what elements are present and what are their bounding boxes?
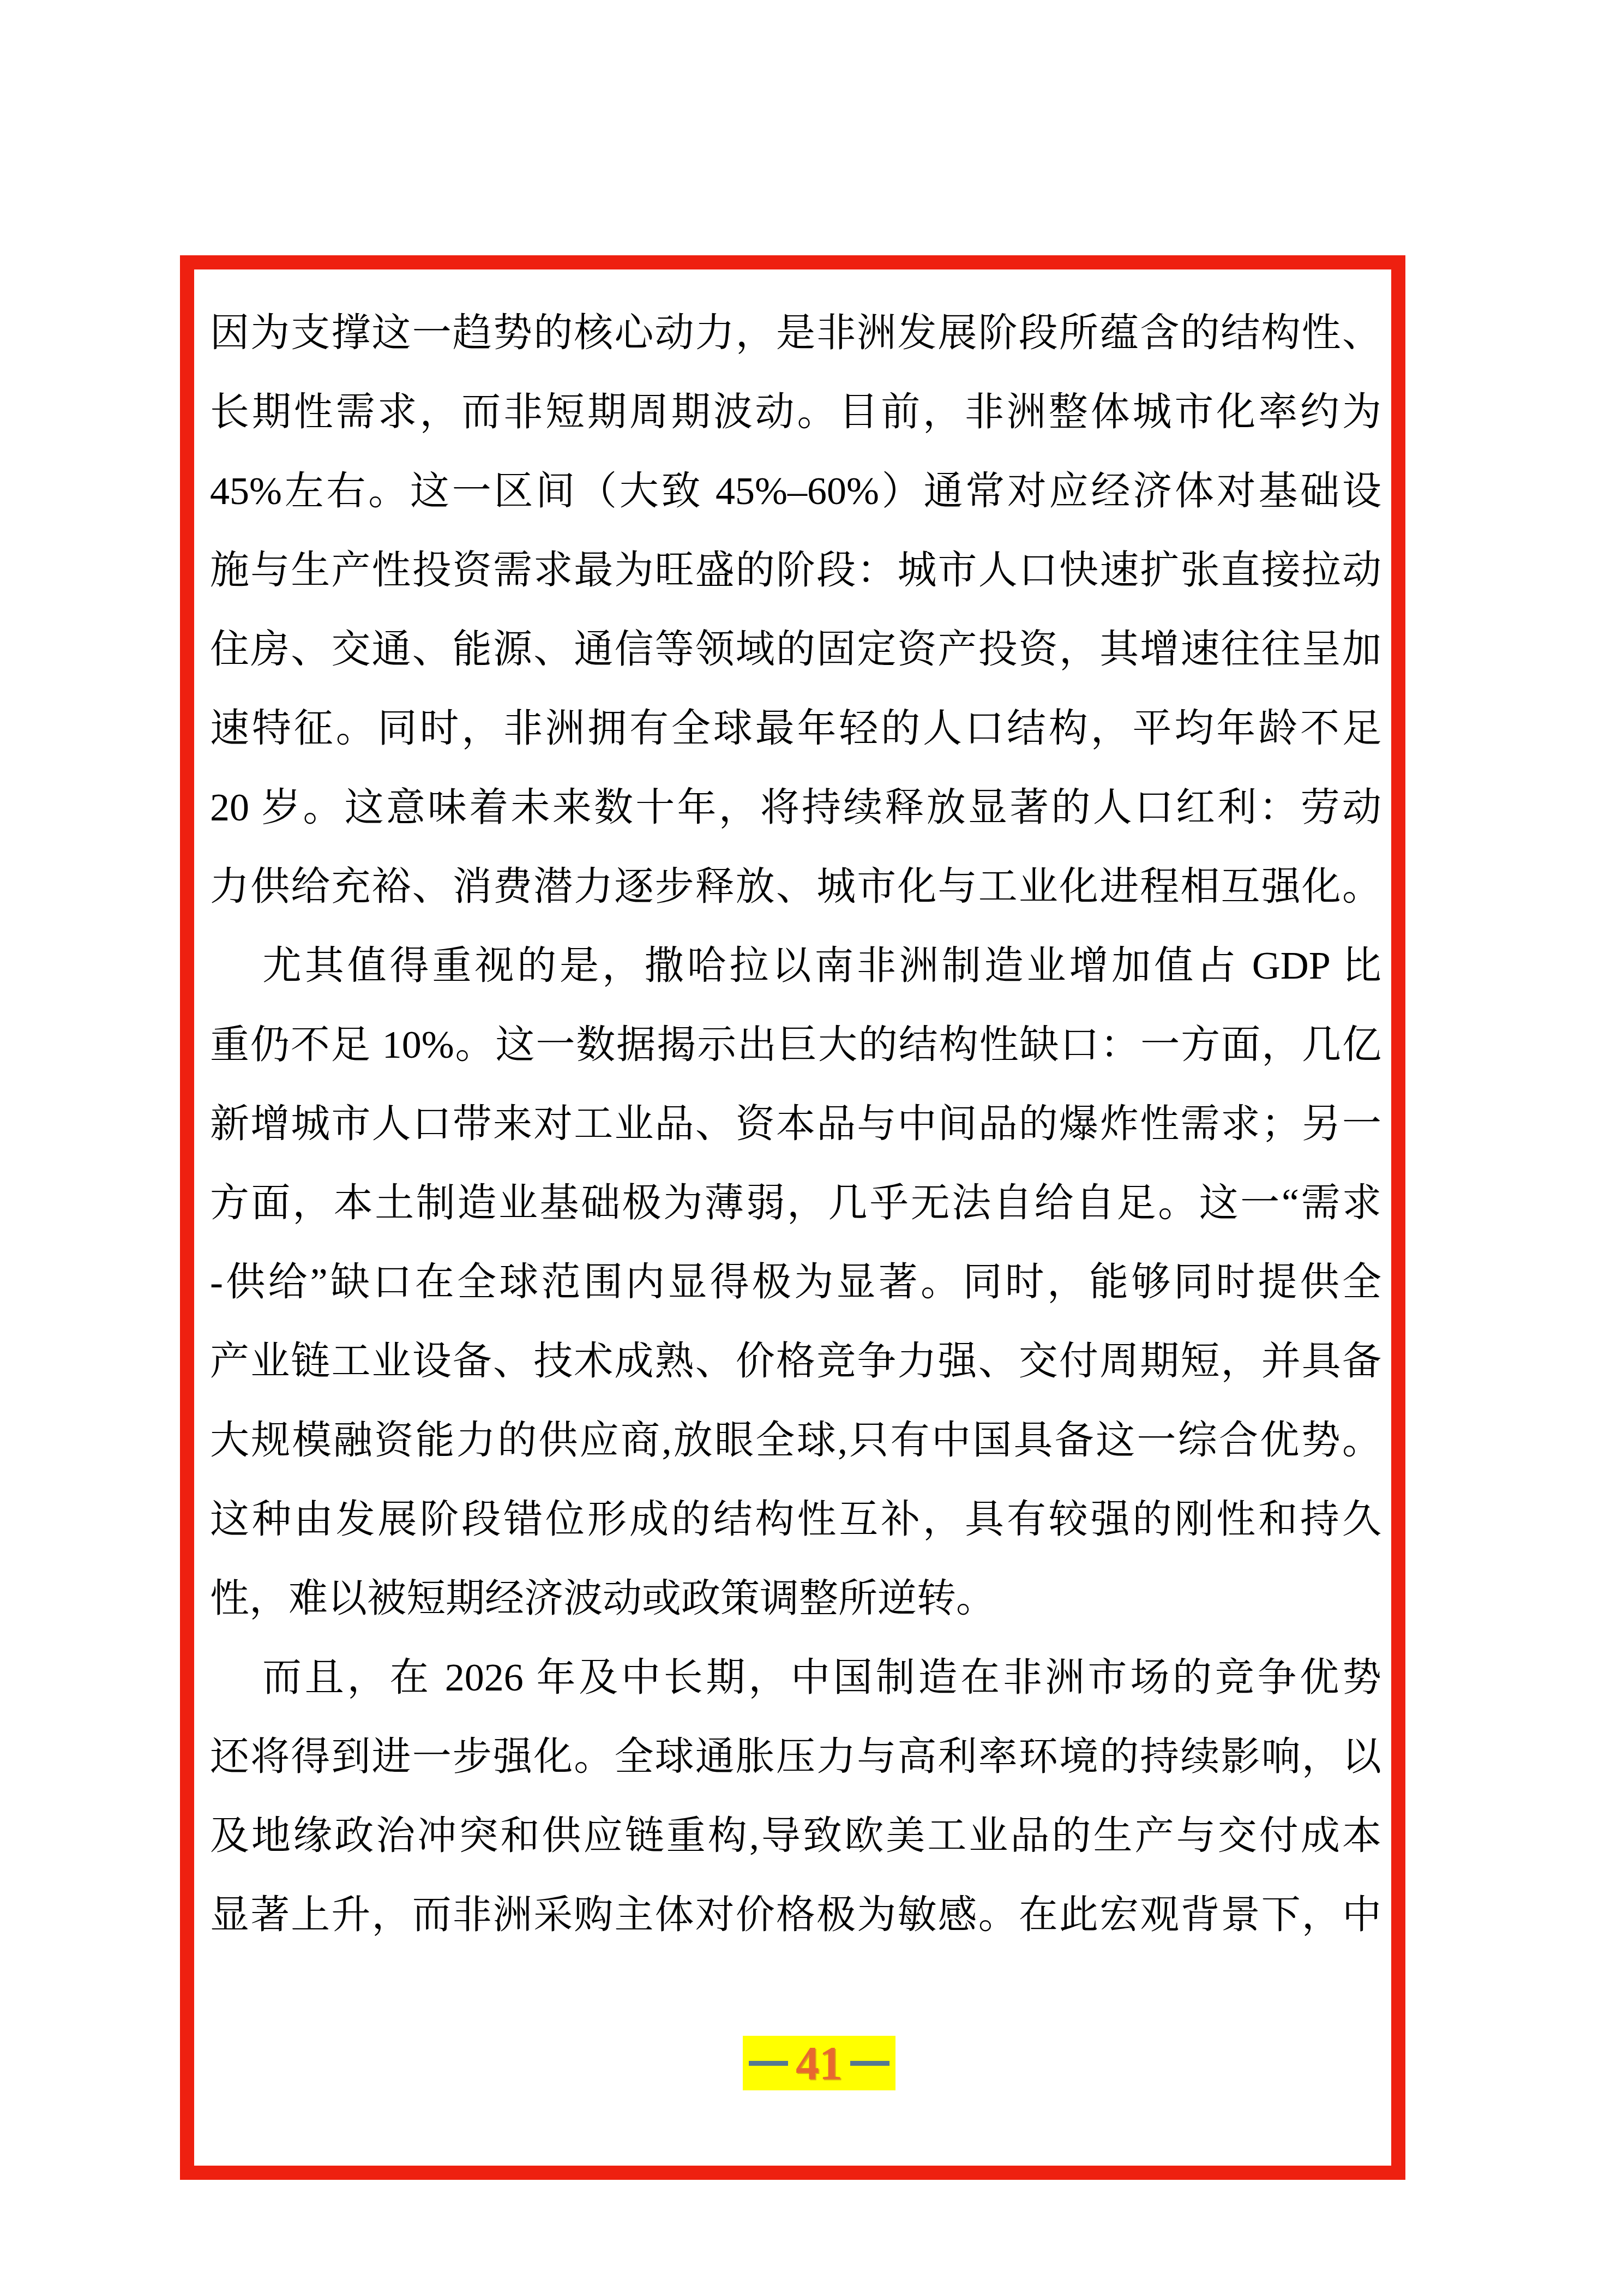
page-number-highlight: 41 <box>743 2036 895 2090</box>
text-line: 还将得到进一步强化。全球通胀压力与高利率环境的持续影响，以 <box>210 1717 1381 1796</box>
text-line-paragraph-start: 而且，在 2026 年及中长期，中国制造在非洲市场的竞争优势 <box>210 1638 1381 1717</box>
text-line: 住房、交通、能源、通信等领域的固定资产投资，其增速往往呈加 <box>210 610 1381 689</box>
text-line: 45%左右。这一区间（大致 45%–60%）通常对应经济体对基础设 <box>210 452 1381 531</box>
text-line: 这种由发展阶段错位形成的结构性互补，具有较强的刚性和持久 <box>210 1480 1381 1559</box>
text-line: 方面，本土制造业基础极为薄弱，几乎无法自给自足。这一“需求 <box>210 1164 1381 1243</box>
text-line: 新增城市人口带来对工业品、资本品与中间品的爆炸性需求；另一 <box>210 1084 1381 1164</box>
text-line: 20 岁。这意味着未来数十年，将持续释放显著的人口红利：劳动 <box>210 768 1381 847</box>
text-line: 重仍不足 10%。这一数据揭示出巨大的结构性缺口：一方面，几亿 <box>210 1005 1381 1084</box>
body-text: 因为支撑这一趋势的核心动力，是非洲发展阶段所蕴含的结构性、 长期性需求，而非短期… <box>210 293 1381 1955</box>
text-line: 大规模融资能力的供应商,放眼全球,只有中国具备这一综合优势。 <box>210 1401 1381 1480</box>
text-line: 显著上升，而非洲采购主体对价格极为敏感。在此宏观背景下，中 <box>210 1875 1381 1955</box>
page-number-dash-left <box>749 2061 788 2066</box>
text-line: 速特征。同时，非洲拥有全球最年轻的人口结构，平均年龄不足 <box>210 689 1381 768</box>
text-line-paragraph-start: 尤其值得重视的是，撒哈拉以南非洲制造业增加值占 GDP 比 <box>210 926 1381 1005</box>
page-number: 41 <box>796 2036 843 2090</box>
text-line: 及地缘政治冲突和供应链重构,导致欧美工业品的生产与交付成本 <box>210 1796 1381 1875</box>
text-line: 力供给充裕、消费潜力逐步释放、城市化与工业化进程相互强化。 <box>210 847 1381 926</box>
text-line: 长期性需求，而非短期周期波动。目前，非洲整体城市化率约为 <box>210 373 1381 452</box>
page-number-dash-right <box>850 2061 889 2066</box>
text-line-paragraph-end: 性，难以被短期经济波动或政策调整所逆转。 <box>210 1559 1381 1638</box>
text-line: 产业链工业设备、技术成熟、价格竞争力强、交付周期短，并具备 <box>210 1322 1381 1401</box>
text-line: 施与生产性投资需求最为旺盛的阶段：城市人口快速扩张直接拉动 <box>210 531 1381 610</box>
text-line: 因为支撑这一趋势的核心动力，是非洲发展阶段所蕴含的结构性、 <box>210 293 1381 373</box>
document-page: 因为支撑这一趋势的核心动力，是非洲发展阶段所蕴含的结构性、 长期性需求，而非短期… <box>0 0 1623 2296</box>
text-line: -供给”缺口在全球范围内显得极为显著。同时，能够同时提供全 <box>210 1243 1381 1322</box>
